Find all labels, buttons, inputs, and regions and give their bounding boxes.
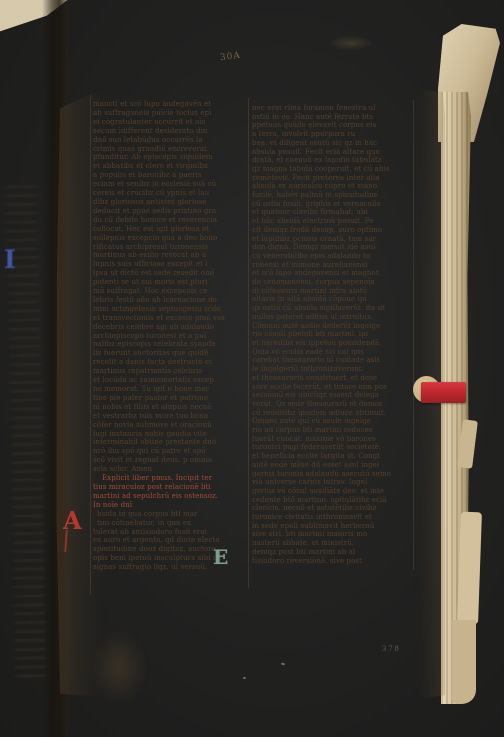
manuscript-text-line: sollepnis excepcio qua a deo hono <box>93 234 248 243</box>
manuscript-text-line: dibz gloriosus antistes gloriose <box>93 198 248 207</box>
manuscript-text-line: ei cōgratulanter occurrit et oīs <box>93 118 248 127</box>
manuscript-text-line: et heredibz eis ippetuū possidendā. <box>252 339 413 348</box>
manuscript-text-line: nullus pateret aditus ul introitus. <box>252 313 413 322</box>
manuscript-text-line: Omnes autē qui cū asule ingelge <box>252 417 413 426</box>
manuscript-text-line: Cōmuni autē asilio dederūt ingelge <box>252 322 413 331</box>
manuscript-text-line: secum īdifferent desiderato diu <box>93 127 248 136</box>
manuscript-text-line: altaris in altā absidā cōpone ipi <box>252 295 413 304</box>
manuscript-text-line: et hāc absidā electrinā posuit. Fe <box>252 217 413 226</box>
manuscript-text-line: cedente btō martino. opitulātibz eciā <box>252 496 413 505</box>
manuscript-text-line: nī nobis et filiis et alupnis necnō <box>93 403 248 412</box>
page-stain <box>90 628 148 706</box>
manuscript-text-line: et vestrarbz tuis more tuo bona <box>93 412 248 421</box>
manuscript-text-line: a populis et baronibz a pueris <box>93 171 248 180</box>
manuscript-text-line: interminabil obtine prestante dnō <box>93 438 248 447</box>
manuscript-text-line: cemētavit. Fecit preterea inter alia <box>252 174 413 183</box>
manuscript-text-line: mū suffragat. Hoc excepcois ce <box>93 287 248 296</box>
manuscript-text-line: fusilē, habēs palmū in spissitudine <box>252 191 413 200</box>
manuscript-text-line: turonice civitatis inthronizavit et <box>252 513 413 522</box>
manuscript-text-line: qz magna tabula cooperuit, et cū aliis <box>252 165 413 174</box>
manuscript-text-line: sore ecclie fecerūt. et tutore oim pos <box>252 383 413 392</box>
manuscript-text-line: rio ad corpus bti martini reduces <box>252 426 413 435</box>
manuscript-text-line: no memorat. Tu igit o bone mar <box>93 385 248 394</box>
manuscript-text-line: qz ostiū cū absida sigillaverūt. ita ut <box>252 304 413 313</box>
manuscript-text-line: pfunditur. Ab episcopis siquidem <box>93 153 248 162</box>
manuscript-text-line: verūt. Qz sede thesaurarii et domos <box>252 400 413 409</box>
manuscript-text-line: di cōfessoris martini infra abitū <box>252 287 413 296</box>
facing-page-blue-initial: I <box>4 246 16 274</box>
manuscript-text-line: carebat thesaurario ul custode asit <box>252 356 413 365</box>
fore-edge-protrusion <box>457 512 482 625</box>
manuscript-text-line: scō vivit et regnat deus. p omnia <box>93 456 248 465</box>
manuscript-text-line: mancti et scō lupo andegavēn et <box>93 100 248 109</box>
manuscript-text-line: Quia vō ecclia eadē sci cui ipis <box>252 348 413 357</box>
left-text-column: mancti et scō lupo andegavēn etab suffra… <box>93 100 248 572</box>
manuscript-text-line: crimis quas grandiū excreverat <box>93 145 248 154</box>
manuscript-text-line: et thesaurariū constituert. et dese <box>252 374 413 383</box>
manuscript-text-line: gerius turonis adalaudū asecutū semo <box>252 470 413 479</box>
manuscript-text-line: gerius vō cōsul auxiliāte deo. et inte <box>252 487 413 496</box>
illuminated-initial-green: E <box>213 548 250 565</box>
manuscript-text-line: rificatus archipresul turonensis <box>93 243 248 252</box>
manuscript-text-line: martinus repatriantis celebris <box>93 367 248 376</box>
ink-speck <box>243 677 246 679</box>
manuscript-text-line: nrō ihu xpō qui cū patre et spū <box>93 447 248 456</box>
right-column-body: nec erat rima foramen fenestra ulostiū i… <box>252 104 413 548</box>
manuscript-text-line: nec erat rima foramen fenestra ul <box>252 104 413 113</box>
manuscript-text-line: et iocūda ac suimemorialis excep <box>93 376 248 385</box>
manuscript-text-line: et abbatibz et clero et virginibz <box>93 162 248 171</box>
left-column-rubric: Explicit liber pmus. Incipit tertius mir… <box>93 474 248 510</box>
manuscript-text-line: cōfer novia submove et oracionū <box>93 421 248 430</box>
manuscript-text-line: autē eodē mēse dū esset asul ingel <box>252 461 413 470</box>
manuscript-text-line: nasterii abbate. et ministrū. <box>252 539 413 548</box>
manuscript-text-line: fuerāt cuocat. maxime vō barones <box>252 435 413 444</box>
manuscript-text-line: cit deniqz frodā desup, auro optimo <box>252 226 413 235</box>
manuscript-text-line: ronensi et inimone aurelianensi <box>252 261 413 270</box>
manuscript-text-line: nalibz episcopis celebrata synoda <box>93 340 248 349</box>
manuscript-text-line: ab suffraganeis puīcie tocius epī <box>93 109 248 118</box>
manuscript-text-line: dratā, et coenuū ex lapidio tabulatz <box>252 156 413 165</box>
manuscript-text-line: absida posuit. Fecit eciā altare quo <box>252 148 413 157</box>
manuscript-text-line: deducit et ppue sedis pristino gra <box>93 207 248 216</box>
folio-mark: 30A <box>219 51 241 63</box>
manuscript-text-line: ostiū in eo. Hanc autē ferrate bts <box>252 113 413 122</box>
manuscript-text-line: potenti se ut sui moris est pluri <box>93 278 248 287</box>
manuscript-text-line: et quatuor clavibz firmabat; ubi <box>252 208 413 217</box>
manuscript-text-line: le ingelgeriū inthronizaverunt. <box>252 365 413 374</box>
manuscript-text-line: eciam et senibz in ecclesiā suā cū <box>93 180 248 189</box>
manuscript-text-line: et beneficia ecclie largita st. Congt <box>252 452 413 461</box>
manuscript-text-line: archiepiscopo turonesi et a puī <box>93 332 248 341</box>
manuscript-text-line: In noīe dnī <box>93 501 248 510</box>
fore-edge-protrusion <box>452 620 476 704</box>
manuscript-text-line: cū venerabilibz epis adalando tu <box>252 252 413 261</box>
manuscript-text-line: mini octingetesio septuagesio scdo <box>93 305 248 314</box>
manuscript-text-line: et transvectionis et excesio pmo vos <box>93 314 248 323</box>
manuscript-text-line: turonici pagi federaverūt societatē. <box>252 443 413 452</box>
red-bookmark-tab <box>421 382 466 403</box>
manuscript-text-line: dnō suo letabūdus occurrēs la <box>93 136 248 145</box>
manuscript-text-line: sive strī. bti martini maioris mo <box>252 530 413 539</box>
manuscript-text-line: tius miraculoz post relacionē bti <box>93 483 248 492</box>
right-text-column: nec erat rima foramen fenestra ulostiū i… <box>252 104 413 565</box>
manuscript-text-line: scla sclor. Amen <box>93 465 248 474</box>
manuscript-text-line: absidā ex auricalco cupro et stāno <box>252 182 413 191</box>
manuscript-text-line: ppetuus quādo elevavit corpus eis <box>252 121 413 130</box>
manuscript-text-line: collocat. Hec est igit gloriosa et <box>93 225 248 234</box>
manuscript-text-line: decebris celebre agi ab adalaudo <box>93 323 248 332</box>
manuscript-text-line: tulerat ab antisiodoro fusil erat <box>93 528 248 537</box>
manuscript-text-line: cereis et crucibz cū ypnis et lau <box>93 189 248 198</box>
manuscript-text-line: bea. et diligent osutū sic qz in hac <box>252 139 413 148</box>
manuscript-text-line: du cū debito honore et reverencia <box>93 216 248 225</box>
manuscript-text-line: et scō lupo andegavensi et magnot <box>252 269 413 278</box>
manuscript-text-line: cū redditibz ipsidem adiuce obtinuit. <box>252 409 413 418</box>
manuscript-text-line: Explicit liber pmus. Incipit ter <box>93 474 248 483</box>
manuscript-text-line: tini cōtinebatur, in qua ex <box>97 519 248 528</box>
ruling-line <box>413 100 414 570</box>
manuscript-text-line: tine pie pater pastor et patrone <box>93 394 248 403</box>
ruling-line <box>248 98 249 588</box>
manuscript-text-line: ex auro et argento, qd diute electa <box>93 536 248 545</box>
manuscript-text-line: lupnis suis officiose excepit et ī <box>93 260 248 269</box>
manuscript-text-line: recolit a danis facta destructō et <box>93 358 248 367</box>
manuscript-text-line: deniqz post bti martini ab al <box>252 548 413 557</box>
manuscript-text-line: rio cōsuli pbendī bti martini. ipi <box>252 330 413 339</box>
manuscript-text-line: et lapidibz pciosis ornatā, tam sar <box>252 235 413 244</box>
manuscript-text-line: lis fuerunt auctoritas que quidē <box>93 349 248 358</box>
manuscript-text-line: sessionū eis ubicūqz essent delega <box>252 391 413 400</box>
manuscript-text-line: viā universe carnis intrav. Ingel <box>252 478 413 487</box>
page-number: 378 <box>382 643 401 653</box>
manuscript-text-line: bsida in qua corpus bti mar <box>97 510 248 519</box>
illuminated-initial-red: A <box>63 510 97 528</box>
right-initial-paragraph: E deniqz post bti martini ab altisiodoro… <box>252 548 413 565</box>
manuscript-text-line: don dignā. Deniqz meruit idē asul <box>252 243 413 252</box>
manuscript-text-line: martini ad sepulchrū eis ostensoz. <box>93 492 248 501</box>
manuscript-text-line: martinus ab exilio revocat ab a <box>93 251 248 260</box>
manuscript-photo: I 30A 378 mancti et scō lupo andegavēn e… <box>0 0 504 737</box>
manuscript-text-line: lebris festū año ab īcarnacione do <box>93 296 248 305</box>
manuscript-text-line: clericis. necnō et astutētibz civibz <box>252 504 413 513</box>
page-stain <box>330 36 372 50</box>
manuscript-text-line: cū ostio fusili, griphis et vernaculis <box>252 200 413 209</box>
manuscript-text-line: in sede epali sublimavit herbernū <box>252 522 413 531</box>
manuscript-text-line: tisiodoro reversionē. sive post <box>252 557 413 566</box>
manuscript-text-line: do cenomanensi, corpus sepenoīa <box>252 278 413 287</box>
manuscript-text-line: ipsa ut dictū est sede resedit omī <box>93 269 248 278</box>
manuscript-text-line: iugi instancia nobis gaudia vite <box>93 430 248 439</box>
left-column-body: mancti et scō lupo andegavēn etab suffra… <box>93 100 248 474</box>
manuscript-text-line: a terra, involvit ppurpura ru <box>252 130 413 139</box>
right-initial-paragraph-lines: deniqz post bti martini ab altisiodoro r… <box>252 548 413 565</box>
